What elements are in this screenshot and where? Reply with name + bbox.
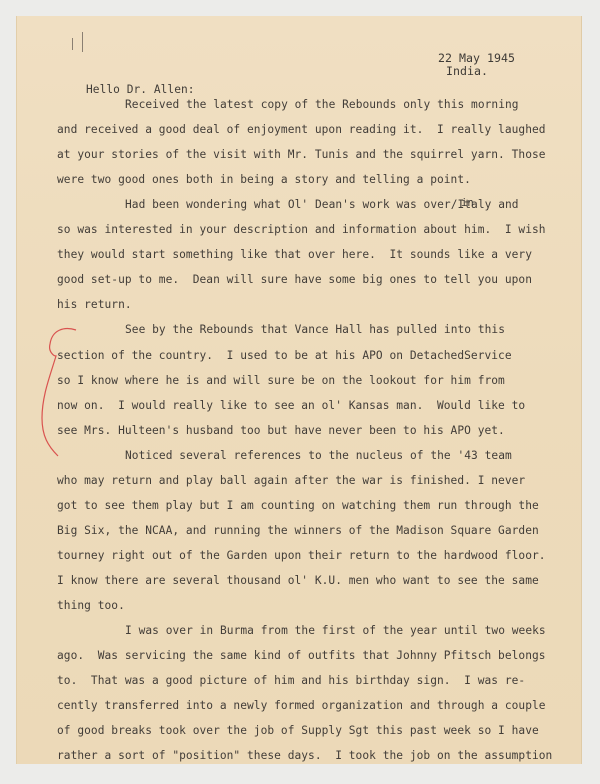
- punch-mark-right: [82, 32, 83, 52]
- letter-line: to. That was a good picture of him and h…: [57, 674, 525, 687]
- letter-line: at your stories of the visit with Mr. Tu…: [57, 148, 546, 161]
- letter-line: rather a sort of "position" these days. …: [57, 749, 552, 762]
- letter-line: who may return and play ball again after…: [57, 474, 525, 487]
- letter-line: good set-up to me. Dean will sure have s…: [57, 273, 532, 286]
- letter-line: and received a good deal of enjoyment up…: [57, 123, 546, 136]
- letter-line: Received the latest copy of the Rebounds…: [125, 98, 519, 111]
- letter-page: 22 May 1945 India. Hello Dr. Allen: Rece…: [16, 16, 582, 764]
- letter-line: of good breaks took over the job of Supp…: [57, 724, 539, 737]
- letter-line: were two good ones both in being a story…: [57, 173, 471, 186]
- letter-line: thing too.: [57, 599, 125, 612]
- letter-line: tourney right out of the Garden upon the…: [57, 549, 546, 562]
- letter-line: Noticed several references to the nucleu…: [125, 449, 512, 462]
- letter-line: so I know where he is and will sure be o…: [57, 374, 505, 387]
- letter-line: so was interested in your description an…: [57, 223, 546, 236]
- red-pencil-bracket-mark: [36, 326, 86, 466]
- letter-line: his return.: [57, 298, 132, 311]
- letter-line: I was over in Burma from the first of th…: [125, 624, 546, 637]
- letter-line: see Mrs. Hulteen's husband too but have …: [57, 424, 505, 437]
- letter-line: ago. Was servicing the same kind of outf…: [57, 649, 546, 662]
- letter-place: India.: [446, 64, 488, 78]
- salutation: Hello Dr. Allen:: [86, 83, 195, 96]
- letter-line: I know there are several thousand ol' K.…: [57, 574, 539, 587]
- letter-line: now on. I would really like to see an ol…: [57, 399, 525, 412]
- letter-line: cently transferred into a newly formed o…: [57, 699, 546, 712]
- handwritten-insert: in: [461, 197, 474, 209]
- letter-line: Had been wondering what Ol' Dean's work …: [125, 198, 519, 211]
- letter-date: 22 May 1945: [438, 51, 515, 65]
- letter-line: Big Six, the NCAA, and running the winne…: [57, 524, 539, 537]
- letter-line: section of the country. I used to be at …: [57, 349, 512, 362]
- punch-mark-left: [72, 38, 73, 50]
- letter-line: See by the Rebounds that Vance Hall has …: [125, 323, 505, 336]
- letter-line: they would start something like that ove…: [57, 248, 532, 261]
- letter-line: got to see them play but I am counting o…: [57, 499, 539, 512]
